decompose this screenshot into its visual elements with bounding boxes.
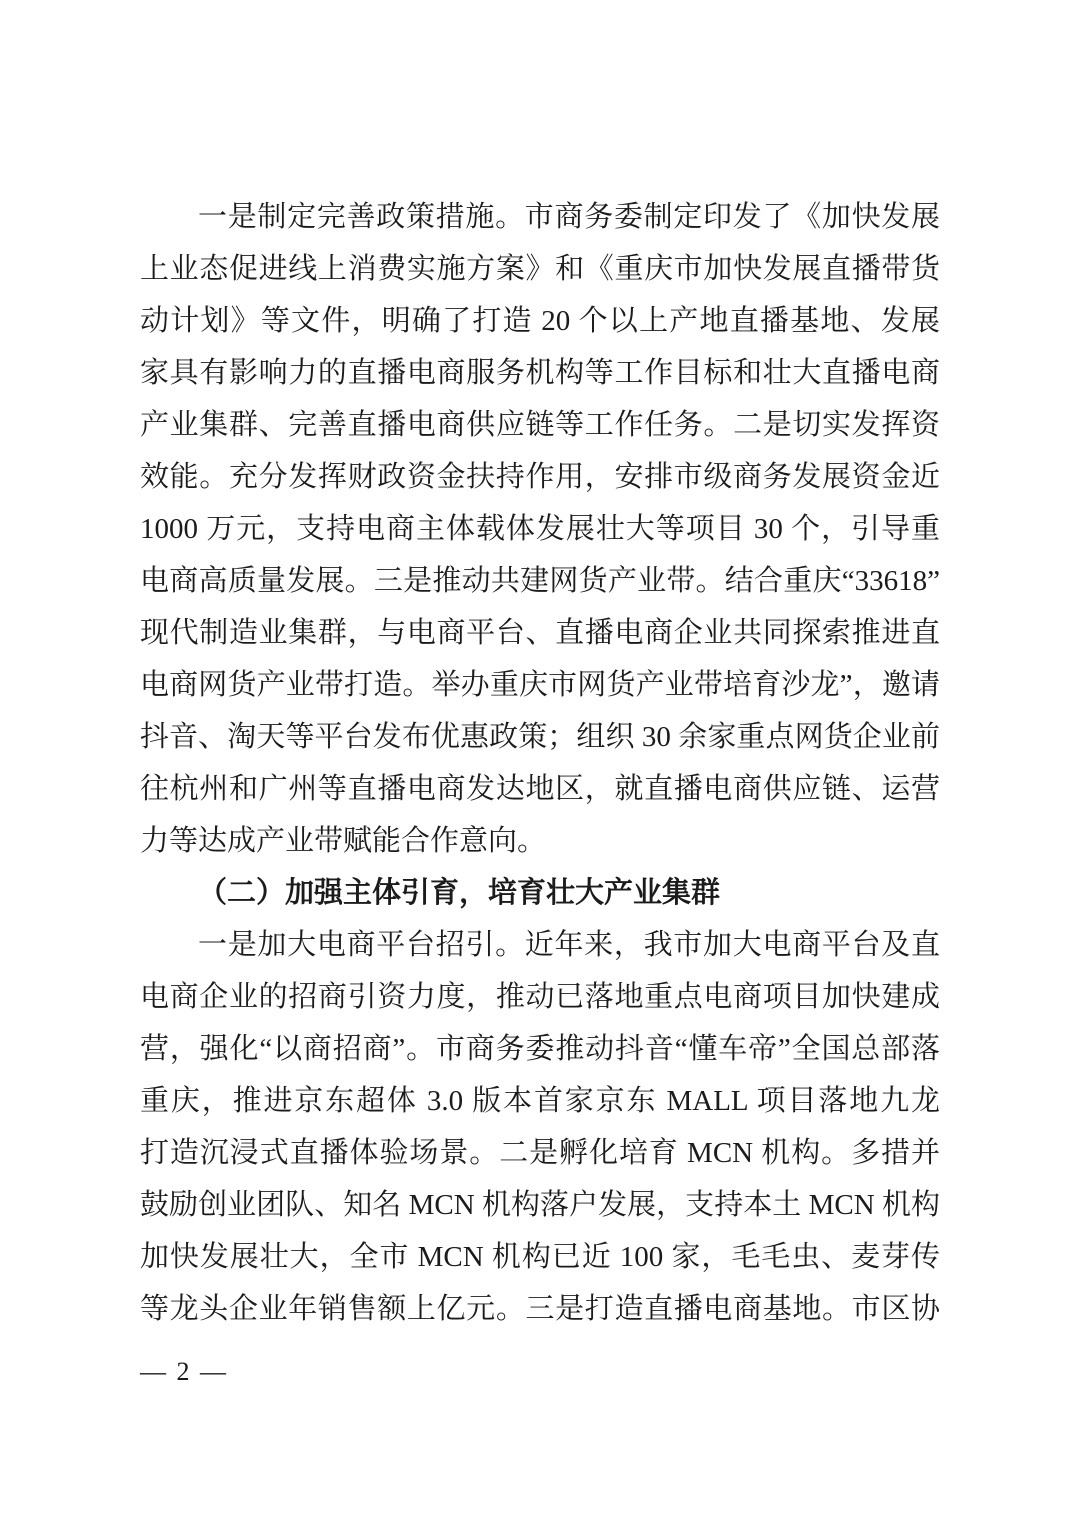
document-body: 一是制定完善政策措施。市商务委制定印发了《加快发展线 上业态促进线上消费实施方案… [140,191,940,1335]
paragraph-line: 等龙头企业年销售额上亿元。三是打造直播电商基地。市区协同、 [140,1283,940,1335]
paragraph-line: 重庆，推进京东超体 3.0 版本首家京东 MALL 项目落地九龙坡， [140,1075,940,1127]
paragraph-line: 抖音、淘天等平台发布优惠政策；组织 30 余家重点网货企业前 [140,711,940,763]
paragraph-line: 家具有影响力的直播电商服务机构等工作目标和壮大直播电商 [140,347,940,399]
paragraph-line: 效能。充分发挥财政资金扶持作用，安排市级商务发展资金近 [140,451,940,503]
paragraph-line: 电商企业的招商引资力度，推动已落地重点电商项目加快建成运 [140,971,940,1023]
paragraph-line: 电商网货产业带打造。举办重庆市网货产业带培育沙龙”，邀请 [140,659,940,711]
paragraph-line: 力等达成产业带赋能合作意向。 [140,815,940,867]
paragraph-line: 打造沉浸式直播体验场景。二是孵化培育 MCN 机构。多措并举， [140,1127,940,1179]
paragraph-line: 鼓励创业团队、知名 MCN 机构落户发展，支持本土 MCN 机构 [140,1179,940,1231]
paragraph-line: 一是制定完善政策措施。市商务委制定印发了《加快发展线 [140,191,940,243]
paragraph-line: 1000 万元，支持电商主体载体发展壮大等项目 30 个，引导重庆 [140,503,940,555]
paragraph-line: 现代制造业集群，与电商平台、直播电商企业共同探索推进直播 [140,607,940,659]
paragraph-line: 产业集群、完善直播电商供应链等工作任务。二是切实发挥资金 [140,399,940,451]
page-number: — 2 — [140,1352,228,1392]
paragraph-line: 加快发展壮大，全市 MCN 机构已近 100 家，毛毛虫、麦芽传媒 [140,1231,940,1283]
document-page: 一是制定完善政策措施。市商务委制定印发了《加快发展线 上业态促进线上消费实施方案… [0,0,1074,1520]
paragraph-line: 营，强化“以商招商”。市商务委推动抖音“懂车帝”全国总部落地 [140,1023,940,1075]
paragraph-line: 一是加大电商平台招引。近年来，我市加大电商平台及直播 [140,919,940,971]
paragraph-line: 动计划》等文件，明确了打造 20 个以上产地直播基地、发展 100 [140,295,940,347]
paragraph-line: 上业态促进线上消费实施方案》和《重庆市加快发展直播带货行 [140,243,940,295]
paragraph-line: 电商高质量发展。三是推动共建网货产业带。结合重庆“33618” [140,555,940,607]
paragraph-line: 往杭州和广州等直播电商发达地区，就直播电商供应链、运营能 [140,763,940,815]
section-heading: （二）加强主体引育，培育壮大产业集群 [140,867,940,919]
